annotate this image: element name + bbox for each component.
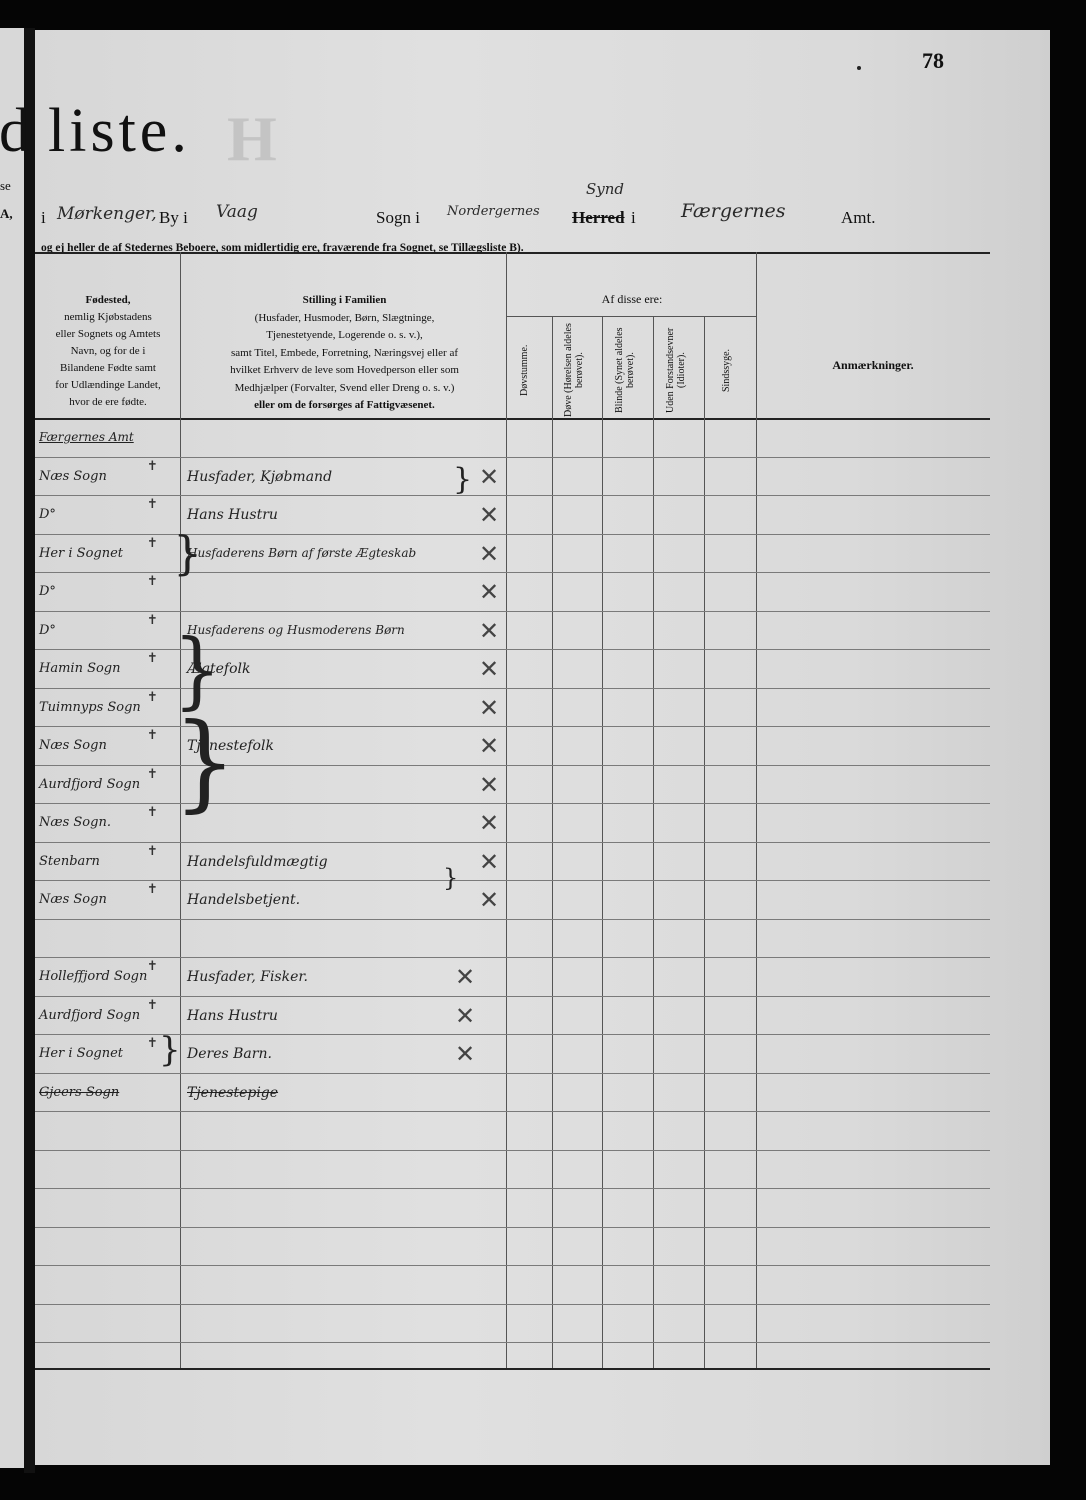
page-binding [24,28,35,1473]
handwritten-herred: Synd [586,180,624,198]
row-rule [35,919,990,920]
column-divider [602,317,603,1368]
page-title: dliste. [0,96,191,167]
row-fodested: Hamin Sogn [39,661,121,676]
row-fodested: Næs Sogn [39,469,107,484]
row-fodested: Stenbarn [39,854,100,869]
x-mark-icon: ✕ [479,848,499,876]
row-rule [35,996,990,997]
x-mark-icon: ✕ [455,1040,475,1068]
row-fodested: D° [39,623,56,638]
header-af-disse-ere: Af disse ere: [507,292,757,307]
herred-suffix: i [631,208,636,228]
column-divider [506,252,507,1368]
brace-icon: } [173,628,221,712]
x-mark-icon: ✕ [479,732,499,760]
herred-label-struck: Herred [572,208,625,228]
row-rule [35,1265,990,1266]
row-fodested: D° [39,507,56,522]
prefix-i: i [41,208,46,228]
header-stilling: Stilling i Familien (Husfader, Husmoder,… [182,292,507,415]
header-bottom-rule [35,418,990,420]
sogn-label: Sogn i [376,208,420,228]
x-mark-icon: ✕ [479,617,499,645]
row-stilling: Husfader, Fisker. [187,969,308,985]
row-rule [35,495,990,496]
x-mark-icon: ✕ [479,771,499,799]
handwritten-parish: Nordergernes [447,204,540,219]
x-mark-icon: ✕ [479,886,499,914]
column-divider [552,317,553,1368]
x-mark-icon: ✕ [479,694,499,722]
cross-icon: ✝ [147,728,158,743]
header-line: Navn, og for de i [37,343,179,360]
row-fodested: Aurdfjord Sogn [39,1008,140,1023]
x-mark-icon: ✕ [479,540,499,568]
brace-icon: } [443,864,458,892]
handwritten-county: Færgernes [681,200,786,222]
amt-label: Amt. [841,208,875,228]
brace-icon: } [173,526,202,580]
row-stilling: Handelsfuldmægtig [187,854,328,870]
row-stilling: Handelsbetjent. [187,892,300,908]
table-bottom-rule [35,1368,990,1370]
x-mark-icon: ✕ [479,655,499,683]
header-line: (Husfader, Husmoder, Børn, Slægtninge, [182,310,507,328]
row-rule [35,1227,990,1228]
page-number: 78 [922,48,944,74]
column-divider [756,252,757,1368]
title-text: liste. [48,97,191,165]
cross-icon: ✝ [147,805,158,820]
row-fodested: D° [39,584,56,599]
handwritten-town: Vaag [216,202,258,222]
header-blinde: Blinde (Synet aldeles berøvet). [614,322,642,418]
header-fodested-title: Fødested, [37,292,179,309]
row-rule [35,1188,990,1189]
row-rule [35,1111,990,1112]
row-rule [35,611,990,612]
header-line: eller om de forsørges af Fattigvæsenet. [182,397,507,415]
row-rule [35,1073,990,1074]
ghost-letter: H [227,102,277,176]
row-stilling: Hans Hustru [187,507,278,523]
row-stilling: Tjenestepige [187,1085,278,1101]
cross-icon: ✝ [147,497,158,512]
header-line: Tjenestetyende, Logerende o. s. v.), [182,327,507,345]
adjacent-page-fragment: A, [0,206,13,222]
header-line: Medhjælper (Forvalter, Svend eller Dreng… [182,380,507,398]
row-stilling: Husfaderens Børn af første Ægteskab [187,546,416,560]
row-rule [35,842,990,843]
row-rule [35,880,990,881]
x-mark-icon: ✕ [455,963,475,991]
handwritten-place: Mørkenger, [57,204,157,224]
header-line: for Udlændinge Landet, [37,377,179,394]
census-page: 78 dliste. H i Mørkenger, By i Vaag Sogn… [35,30,1050,1465]
header-line: hvor de ere fødte. [37,394,179,411]
af-disse-underline [506,316,756,317]
row-fodested: Her i Sognet [39,1046,123,1061]
x-mark-icon: ✕ [479,809,499,837]
row-fodested: Tuimnyps Sogn [39,700,141,715]
header-line: samt Titel, Embede, Forretning, Næringsv… [182,345,507,363]
cross-icon: ✝ [147,651,158,666]
row-fodested: Gjeers Sogn [39,1085,119,1100]
header-anmaerkninger: Anmærkninger. [757,358,989,373]
row-fodested: Næs Sogn [39,892,107,907]
column-divider [704,317,705,1368]
location-line: i Mørkenger, By i Vaag Sogn i Nordergern… [41,198,1041,234]
header-line: eller Sognets og Amtets [37,326,179,343]
adjacent-page-strip: se A, [0,28,24,1468]
brace-icon: } [453,462,472,497]
cross-icon: ✝ [147,844,158,859]
adjacent-page-fragment: se [0,178,11,194]
row-fodested: Aurdfjord Sogn [39,777,140,792]
row-rule [35,957,990,958]
ink-dot [857,66,861,70]
cross-icon: ✝ [147,767,158,782]
header-fodested: Fødested, nemlig Kjøbstadens eller Sogne… [37,292,179,411]
cross-icon: ✝ [147,574,158,589]
row-rule [35,1150,990,1151]
brace-icon: } [173,710,237,815]
x-mark-icon: ✕ [479,501,499,529]
table-top-rule [35,252,990,254]
x-mark-icon: ✕ [455,1002,475,1030]
header-idioter: Uden Forstandsevner (Idioter). [665,322,693,418]
header-line: nemlig Kjøbstadens [37,309,179,326]
cross-icon: ✝ [147,690,158,705]
header-dovstumme: Døvstumme. [519,330,539,410]
cross-icon: ✝ [147,882,158,897]
header-line: hvilket Erhverv de leve som Hovedperson … [182,362,507,380]
by-label: By i [159,208,188,228]
x-mark-icon: ✕ [479,578,499,606]
row-rule [35,457,990,458]
row-fodested: Næs Sogn [39,738,107,753]
cross-icon: ✝ [147,1036,158,1051]
brace-icon: } [159,1030,181,1070]
header-dove: Døve (Hørelsen aldeles berøvet). [563,322,591,418]
cross-icon: ✝ [147,536,158,551]
cross-icon: ✝ [147,959,158,974]
cross-icon: ✝ [147,459,158,474]
header-line: Bilandene Fødte samt [37,360,179,377]
header-sindssyge: Sindssyge. [721,330,741,410]
row-fodested: Næs Sogn. [39,815,111,830]
scan-border [1050,30,1086,1470]
cross-icon: ✝ [147,613,158,628]
cross-icon: ✝ [147,998,158,1013]
row-stilling: Deres Barn. [187,1046,272,1062]
row-stilling: Hans Hustru [187,1008,278,1024]
row-rule [35,1342,990,1343]
row-fodested: Her i Sognet [39,546,123,561]
row-rule [35,1304,990,1305]
row-fodested: Færgernes Amt [39,430,134,444]
row-fodested: Holleffjord Sogn [39,969,147,984]
header-stilling-title: Stilling i Familien [182,292,507,310]
x-mark-icon: ✕ [479,463,499,491]
column-divider [653,317,654,1368]
row-stilling: Husfader, Kjøbmand [187,469,332,485]
title-prefix: d [0,97,34,165]
